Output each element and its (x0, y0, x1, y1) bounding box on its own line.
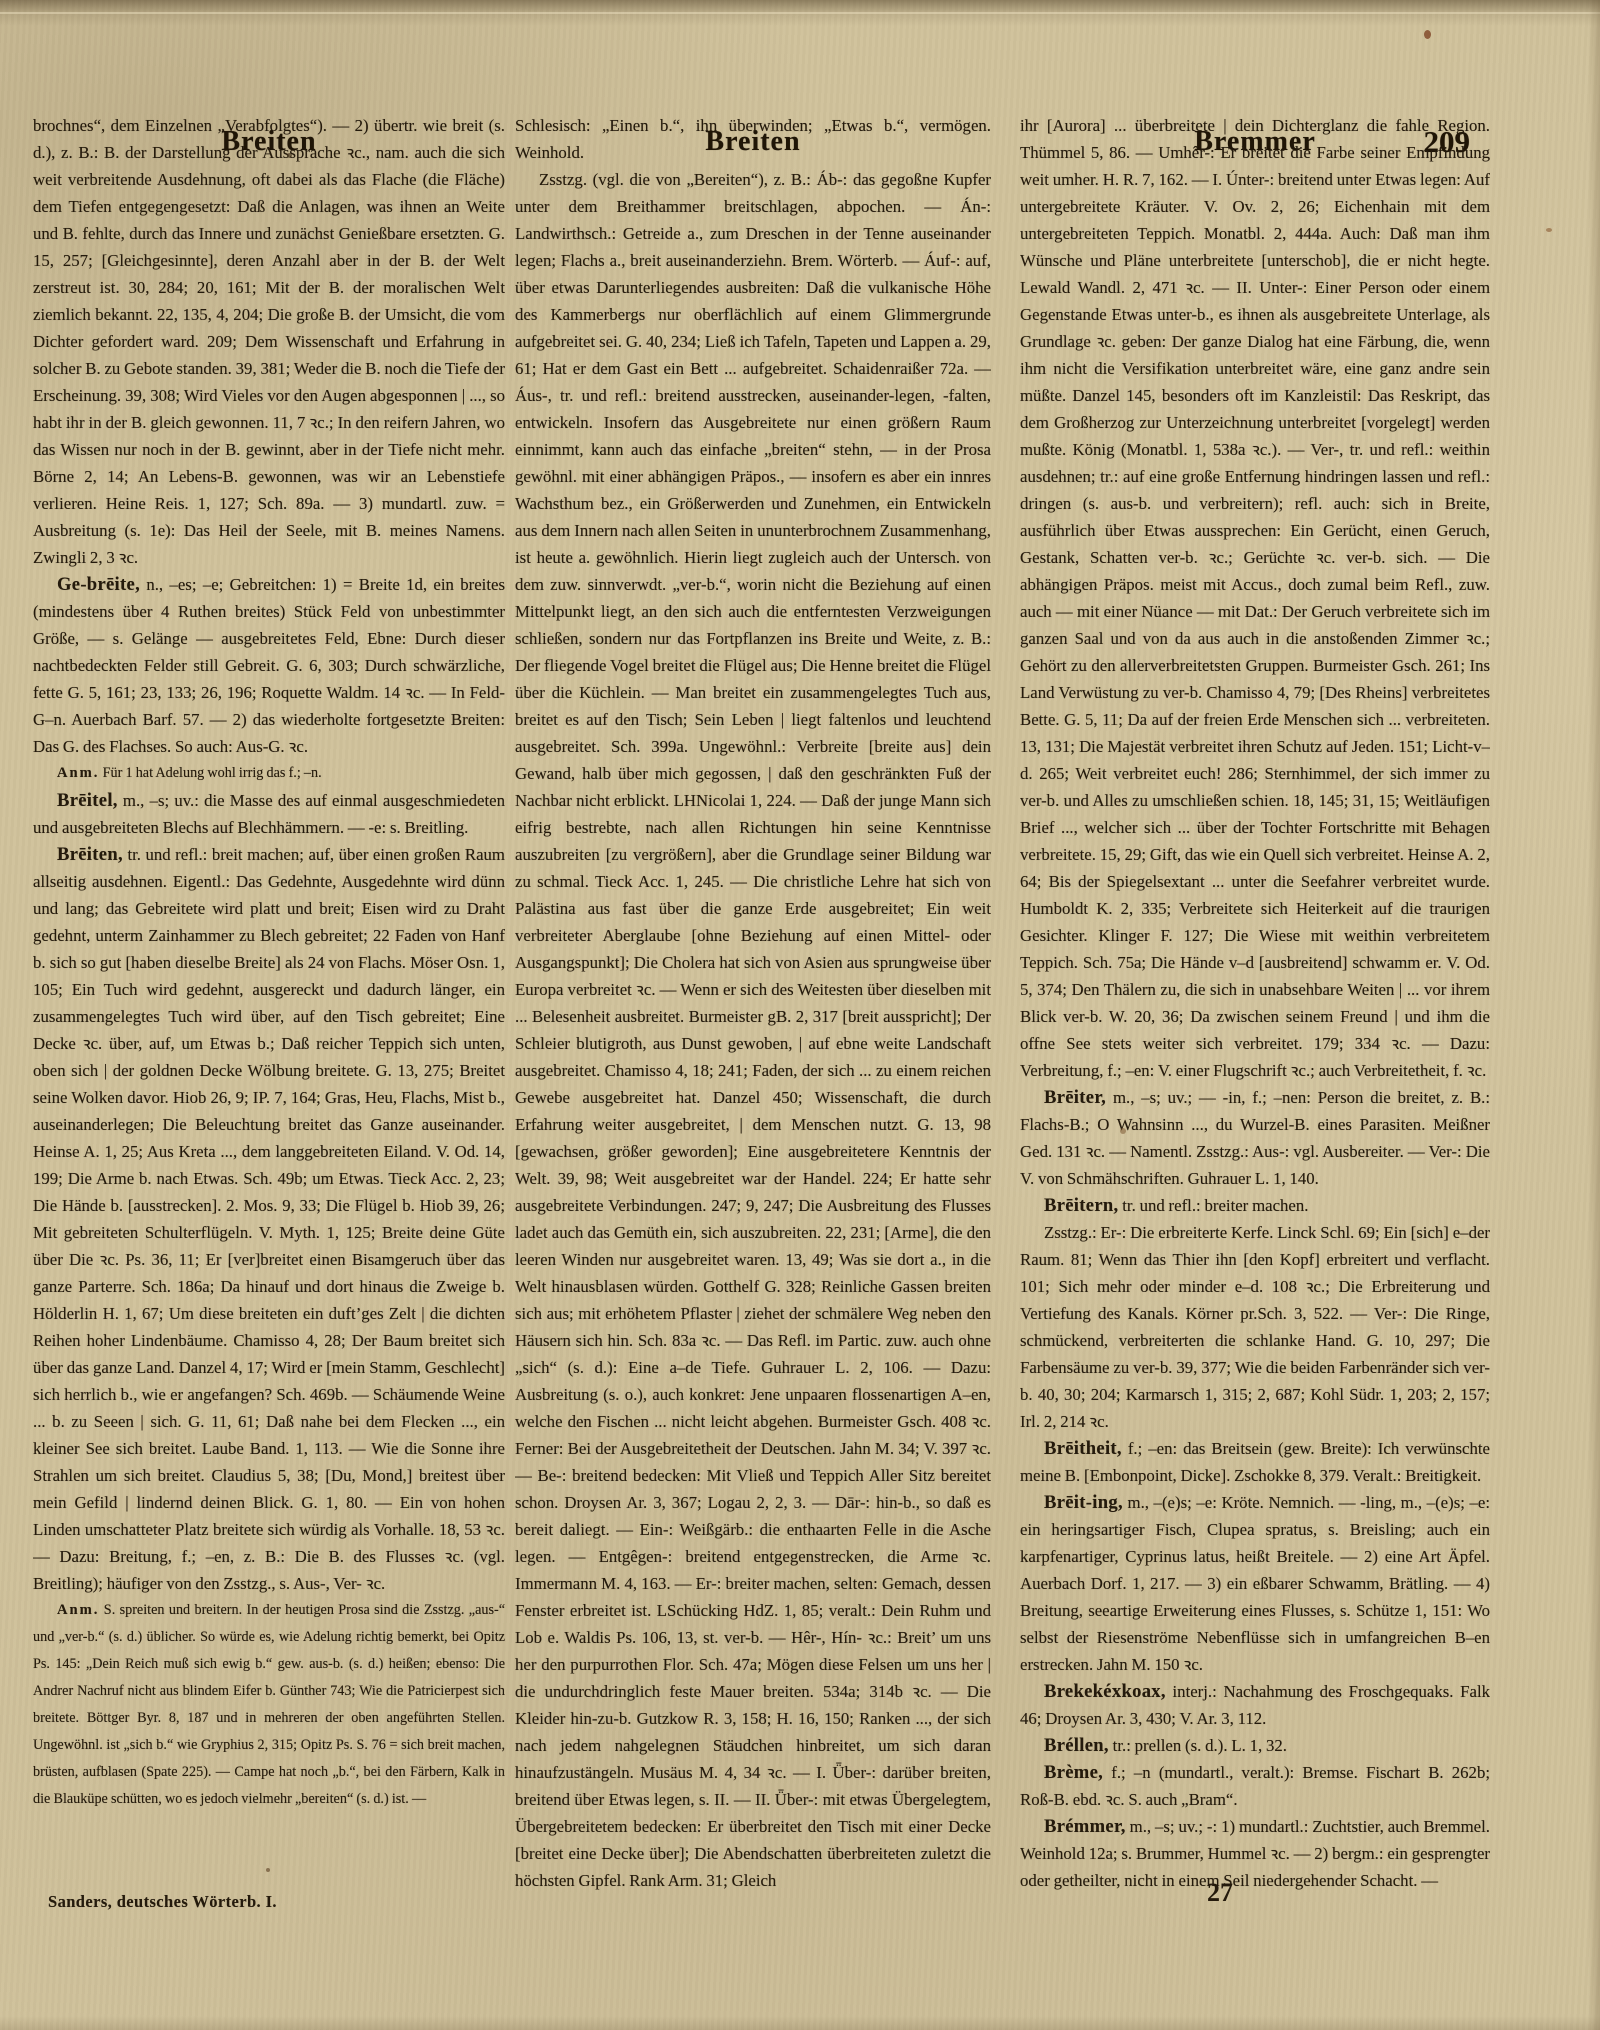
paper-stain (1424, 30, 1431, 39)
printer-signature: Sanders, deutsches Wörterb. I. (48, 1892, 277, 1912)
paper-stain (1546, 228, 1552, 232)
entry-headword: Brēiter, (1044, 1087, 1106, 1108)
entry-headword: Brēitheit, (1044, 1438, 1122, 1459)
dictionary-paragraph: brochnes“, dem Einzelnen „Verabfolgtes“)… (33, 112, 505, 571)
entry-headword: Brémmer, (1044, 1816, 1126, 1837)
annotation-paragraph: Anm. S. spreiten und breitern. In der he… (33, 1597, 505, 1813)
dictionary-paragraph: Brēiter, m., –s; uv.; — -in, f.; –nen: P… (1020, 1084, 1490, 1192)
dictionary-page-scan: Breiten Breiten Bremmer 209 brochnes“, d… (0, 0, 1600, 2030)
text-column-2: Schlesisch: „Einen b.“, ihn überwinden; … (515, 112, 991, 1914)
dictionary-paragraph: Brekekéxkoax, interj.: Nachahmung des Fr… (1020, 1678, 1490, 1732)
page-bottom-edge-shadow (0, 2016, 1600, 2030)
dictionary-paragraph: Ge-brēite, n., –es; –e; Gebreitchen: 1) … (33, 571, 505, 760)
dictionary-paragraph: Brēit-ing, m., –(e)s; –e: Kröte. Nemnich… (1020, 1489, 1490, 1678)
paper-crease (0, 12, 1600, 14)
dictionary-paragraph: Brēitern, tr. und refl.: breiter machen. (1020, 1192, 1490, 1219)
text-column-1: brochnes“, dem Einzelnen „Verabfolgtes“)… (33, 112, 505, 1914)
dictionary-paragraph: Brème, f.; –n (mundartl., veralt.): Brem… (1020, 1759, 1490, 1813)
entry-headword: Brēitel, (57, 790, 118, 811)
dictionary-paragraph: Zsstzg.: Er-: Die erbreiterte Kerfe. Lin… (1020, 1219, 1490, 1435)
entry-headword: Brème, (1044, 1762, 1103, 1783)
dictionary-paragraph: Brēiten, tr. und refl.: breit machen; au… (33, 841, 505, 1597)
entry-headword: Brēiten, (57, 844, 123, 865)
dictionary-paragraph: Bréllen, tr.: prellen (s. d.). L. 1, 32. (1020, 1732, 1490, 1759)
dictionary-paragraph: ihr [Aurora] ... überbreitete | dein Dic… (1020, 112, 1490, 1084)
text-column-3: ihr [Aurora] ... überbreitete | dein Dic… (1020, 112, 1490, 1914)
page-right-edge-shadow (1588, 0, 1600, 2030)
entry-headword: Brekekéxkoax, (1044, 1681, 1166, 1702)
annotation-paragraph: Anm. Für 1 hat Adelung wohl irrig das f.… (33, 760, 505, 787)
entry-headword: Brēit-ing, (1044, 1492, 1123, 1513)
entry-headword: Ge-brēite, (57, 574, 140, 595)
entry-headword: Brēitern, (1044, 1195, 1118, 1216)
annotation-label: Anm. (57, 1602, 99, 1618)
dictionary-paragraph: Schlesisch: „Einen b.“, ihn überwinden; … (515, 112, 991, 166)
dictionary-paragraph: Brēitheit, f.; –en: das Breitsein (gew. … (1020, 1435, 1490, 1489)
dictionary-paragraph: Brēitel, m., –s; uv.: die Masse des auf … (33, 787, 505, 841)
dictionary-paragraph: Zsstzg. (vgl. die von „Bereiten“), z. B.… (515, 166, 991, 1894)
entry-headword: Bréllen, (1044, 1735, 1109, 1756)
sheet-number: 27 (1160, 1878, 1280, 1908)
annotation-label: Anm. (57, 765, 99, 781)
